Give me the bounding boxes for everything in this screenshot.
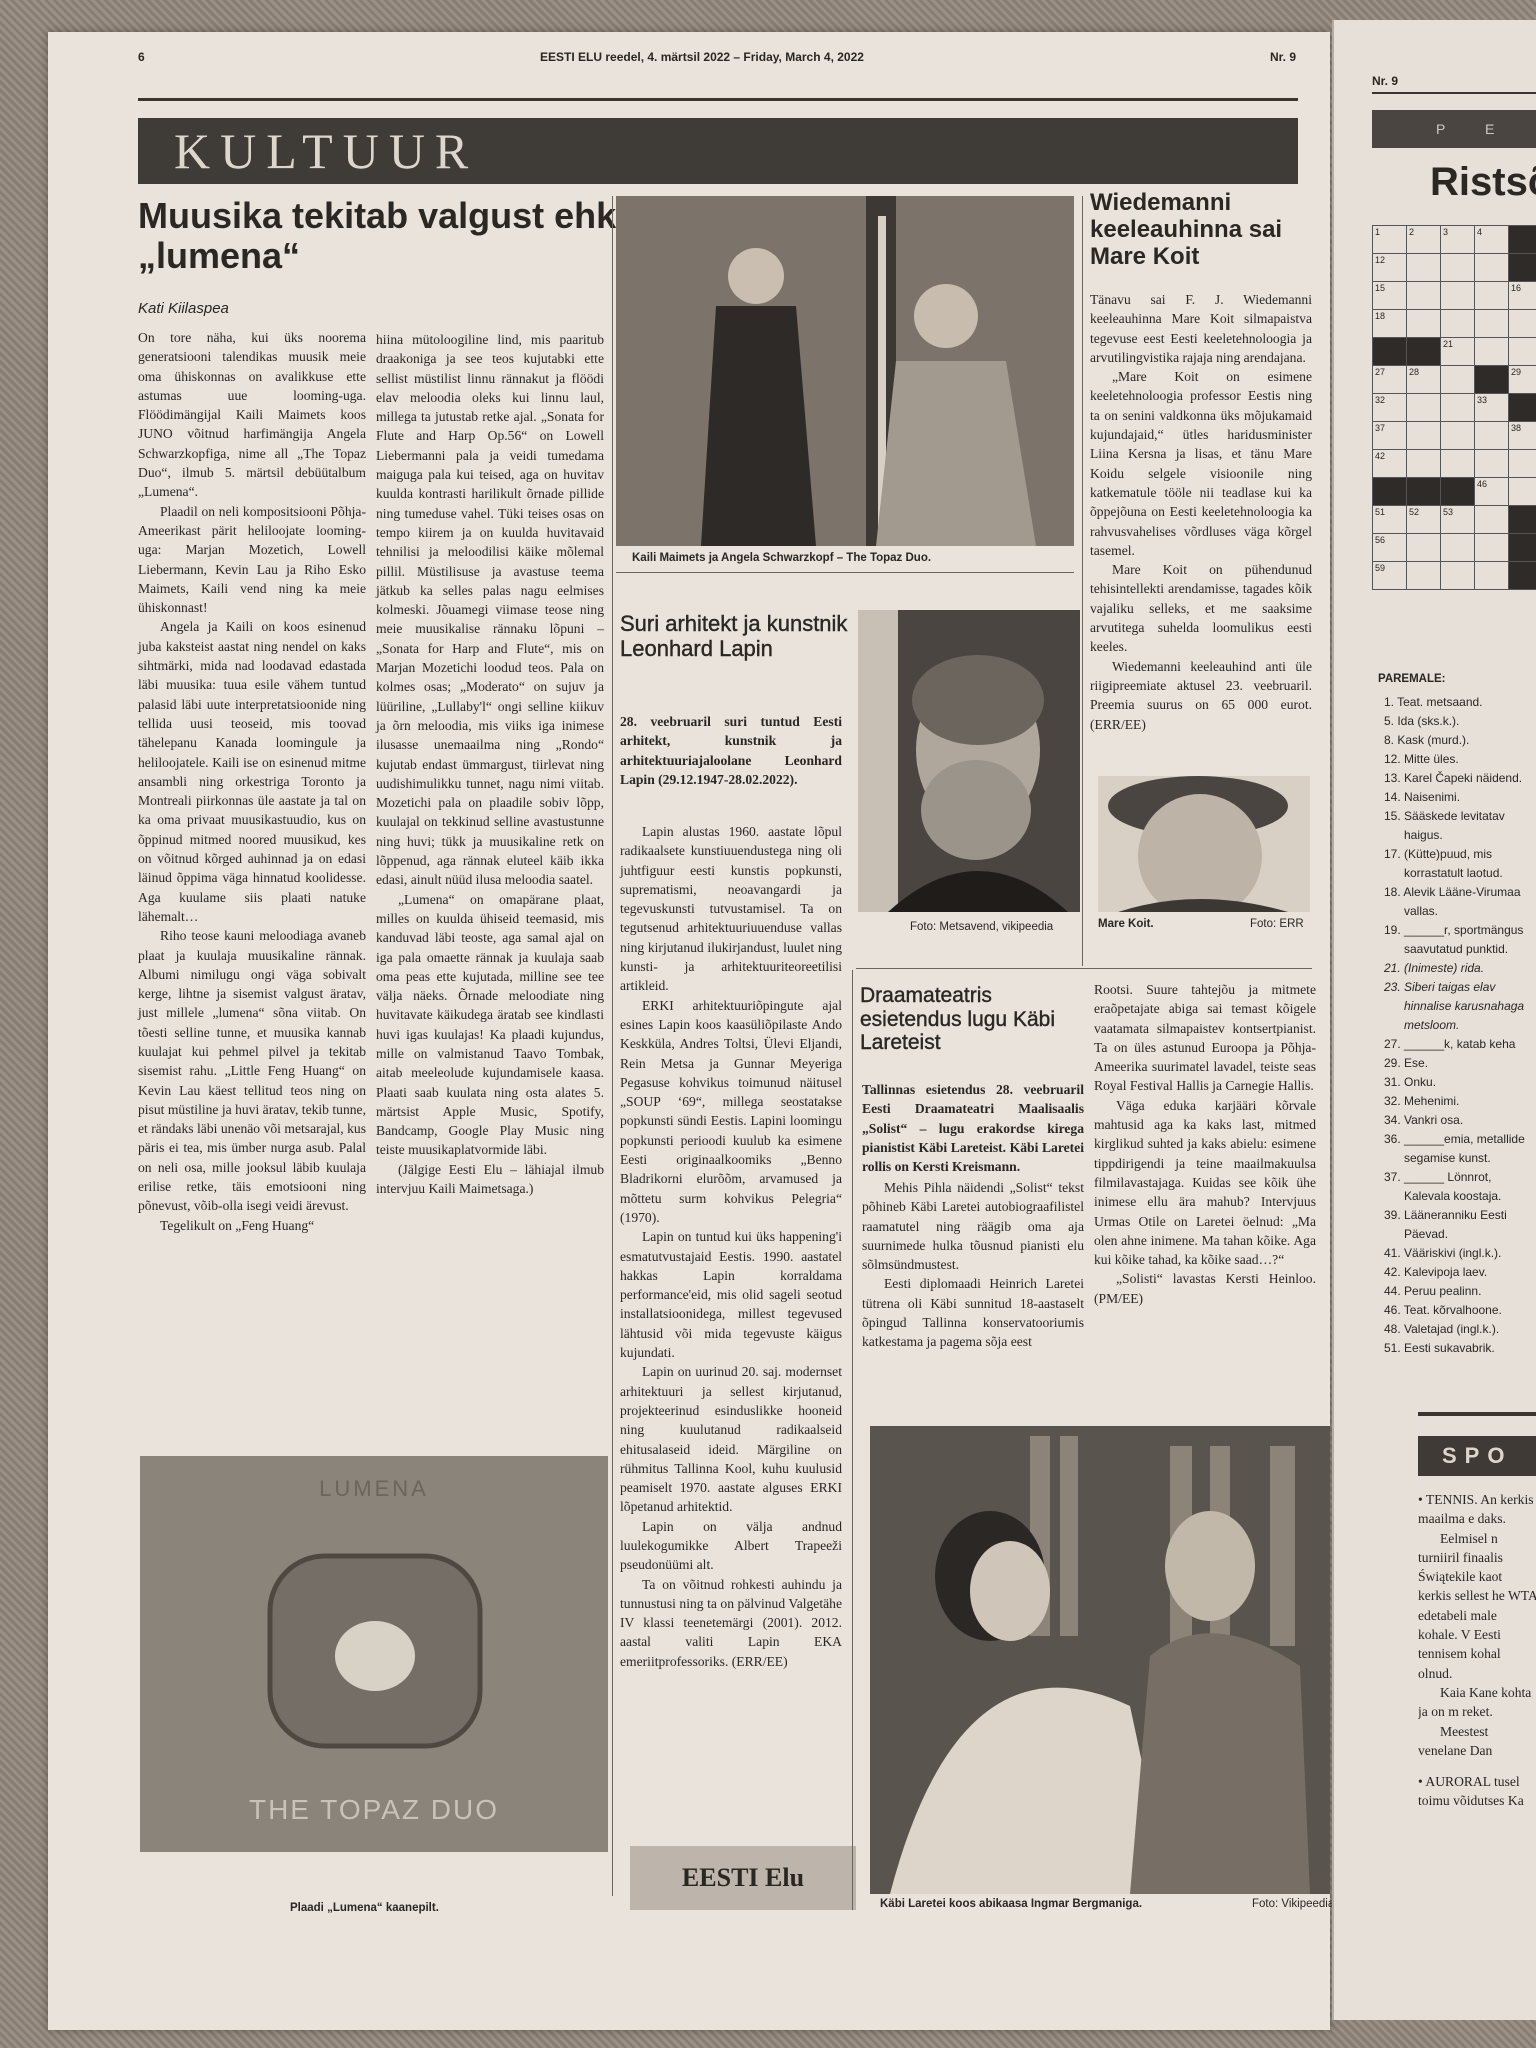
- crossword-cell[interactable]: 4: [1475, 226, 1509, 254]
- lapin-headline: Suri arhitekt ja kunstnik Leonhard Lapin: [620, 612, 850, 661]
- crossword-block: [1509, 506, 1536, 534]
- laretei-paragraph: Mehis Pihla näidendi „Solist“ tekst põhi…: [862, 1178, 1084, 1274]
- album-cover-image: LUMENA THE TOPAZ DUO: [140, 1456, 608, 1852]
- crossword-cell[interactable]: 18: [1373, 310, 1407, 338]
- crossword-cell[interactable]: 29: [1509, 366, 1536, 394]
- crossword-cell[interactable]: [1475, 254, 1509, 282]
- crossword-clue: 46. Teat. kõrvalhoone.: [1378, 1301, 1536, 1320]
- koit-paragraph: Tänavu sai F. J. Wiedemanni keeleauhinna…: [1090, 290, 1312, 367]
- sport-text: • TENNIS. An kerkis maailma e daks. Eelm…: [1418, 1490, 1536, 1811]
- crossword-clue: 41. Vääriskivi (ingl.k.).: [1378, 1244, 1536, 1263]
- crossword-clue: 15. Sääskede levitatav haigus.: [1378, 807, 1536, 845]
- crossword-cell[interactable]: 37: [1373, 422, 1407, 450]
- crossword-cell[interactable]: 16: [1509, 282, 1536, 310]
- crossword-cell[interactable]: 51: [1373, 506, 1407, 534]
- crossword-clue: 23. Siberi taigas elav hinnalise karusna…: [1378, 978, 1536, 1035]
- crossword-block: [1509, 534, 1536, 562]
- music-paragraph: On tore näha, kui üks noorema generatsio…: [138, 328, 366, 502]
- crossword-cell[interactable]: [1441, 254, 1475, 282]
- laretei-photo-credit: Foto: Vikipeedia: [1252, 1898, 1334, 1910]
- crossword-cell[interactable]: 2: [1407, 226, 1441, 254]
- next-page-issue-number: Nr. 9: [1372, 74, 1398, 88]
- crossword-cell[interactable]: 1: [1373, 226, 1407, 254]
- music-paragraph: Riho teose kauni meloodiaga avaneb plaat…: [138, 926, 366, 1215]
- koit-caption: Mare Koit.: [1098, 918, 1154, 930]
- lapin-lead: 28. veebruaril suri tuntud Eesti arhitek…: [620, 712, 842, 789]
- crossword-cell[interactable]: [1509, 338, 1536, 366]
- masthead-line: EESTI ELU reedel, 4. märtsil 2022 – Frid…: [540, 50, 864, 64]
- crossword-block: [1373, 478, 1407, 506]
- music-headline: Muusika tekitab valgust ehk „lumena“: [138, 196, 618, 277]
- crossword-cell[interactable]: 21: [1441, 338, 1475, 366]
- lapin-paragraph: Lapin on uurinud 20. saj. modernset arhi…: [620, 1362, 842, 1516]
- album-cover-art: [140, 1456, 608, 1852]
- crossword-clue: 19. ______r, sportmängus saavutatud punk…: [1378, 921, 1536, 959]
- crossword-cell[interactable]: [1475, 338, 1509, 366]
- music-byline: Kati Kiilaspea: [138, 300, 229, 317]
- laretei-lead: Tallinnas esietendus 28. veebruaril Eest…: [862, 1080, 1084, 1176]
- laretei-column-1: Mehis Pihla näidendi „Solist“ tekst põhi…: [862, 1178, 1084, 1352]
- laretei-paragraph: Eesti diplomaadi Heinrich Laretei tütren…: [862, 1274, 1084, 1351]
- music-column-1: On tore näha, kui üks noorema generatsio…: [138, 328, 366, 1235]
- crossword-cell[interactable]: 38: [1509, 422, 1536, 450]
- crossword-block: [1441, 478, 1475, 506]
- crossword-cell[interactable]: 59: [1373, 562, 1407, 590]
- crossword-clues: PAREMALE: 1. Teat. metsaand.5. Ida (sks.…: [1378, 670, 1536, 1358]
- crossword-cell[interactable]: [1475, 310, 1509, 338]
- crossword-block: [1373, 338, 1407, 366]
- photo-illustration-duo: [616, 196, 1074, 546]
- crossword-cell[interactable]: [1407, 562, 1441, 590]
- crossword-clue: 42. Kalevipoja laev.: [1378, 1263, 1536, 1282]
- sport-paragraph: Kaia Kane kohta ja on m reket.: [1418, 1683, 1536, 1722]
- crossword-block: [1407, 478, 1441, 506]
- crossword-cell[interactable]: [1441, 366, 1475, 394]
- sport-rule: [1418, 1412, 1536, 1416]
- lapin-paragraph: Lapin alustas 1960. aastate lõpul radika…: [620, 822, 842, 996]
- issue-number: Nr. 9: [1270, 50, 1296, 64]
- laretei-bergman-photo: [870, 1426, 1330, 1894]
- crossword-cell[interactable]: 33: [1475, 394, 1509, 422]
- crossword-title: Ristsõ: [1430, 160, 1536, 205]
- music-paragraph: Angela ja Kaili on koos esinenud juba ka…: [138, 617, 366, 926]
- music-paragraph: (Jälgige Eesti Elu – lähiajal ilmub inte…: [376, 1160, 604, 1199]
- crossword-clue: 14. Naisenimi.: [1378, 788, 1536, 807]
- crossword-cell[interactable]: 46: [1475, 478, 1509, 506]
- crossword-cell[interactable]: [1475, 506, 1509, 534]
- crossword-block: [1407, 338, 1441, 366]
- lapin-paragraph: ERKI arhitektuuriõpingute ajal esines La…: [620, 996, 842, 1228]
- lapin-paragraph: Ta on võitnud rohkesti auhindu ja tunnus…: [620, 1575, 842, 1671]
- crossword-clue: 29. Ese.: [1378, 1054, 1536, 1073]
- crossword-clue: 5. Ida (sks.k.).: [1378, 712, 1536, 731]
- crossword-cell[interactable]: [1407, 450, 1441, 478]
- crossword-cell[interactable]: [1407, 422, 1441, 450]
- crossword-clue: 27. ______k, katab keha: [1378, 1035, 1536, 1054]
- crossword-cell[interactable]: [1475, 422, 1509, 450]
- laretei-headline: Draamateatris esietendus lugu Käbi Laret…: [860, 984, 1085, 1055]
- clue-list: 1. Teat. metsaand.5. Ida (sks.k.).8. Kas…: [1378, 693, 1536, 1358]
- crossword-cell[interactable]: 32: [1373, 394, 1407, 422]
- crossword-cell[interactable]: 3: [1441, 226, 1475, 254]
- crossword-clue: 32. Mehenimi.: [1378, 1092, 1536, 1111]
- crossword-clue: 21. (Inimeste) rida.: [1378, 959, 1536, 978]
- column-divider: [1082, 196, 1083, 966]
- koit-paragraph: „Mare Koit on esimene keeletehnoloogia p…: [1090, 367, 1312, 560]
- eesti-elu-logo: EESTI Elu: [630, 1846, 856, 1910]
- crossword-clue: 37. ______ Lönnrot, Kalevala koostaja.: [1378, 1168, 1536, 1206]
- koit-body: Tänavu sai F. J. Wiedemanni keeleauhinna…: [1090, 290, 1312, 734]
- album-cover-title: LUMENA: [140, 1476, 608, 1502]
- column-divider: [852, 970, 853, 1910]
- crossword-cell[interactable]: [1475, 450, 1509, 478]
- crossword-clue: 39. Lääneranniku Eesti Päevad.: [1378, 1206, 1536, 1244]
- laretei-column-2: Rootsi. Suure tahtejõu ja mitmete eraõpe…: [1094, 980, 1316, 1308]
- sport-paragraph: • AURORAL tusel toimu võidutses Ka: [1418, 1772, 1536, 1811]
- music-paragraph: Plaadil on neli kompositsiooni Põhja-Ame…: [138, 502, 366, 618]
- crossword-block: [1509, 562, 1536, 590]
- crossword-cell[interactable]: [1441, 422, 1475, 450]
- crossword-clue: 13. Karel Čapeki näidend.: [1378, 769, 1536, 788]
- crossword-cell[interactable]: 28: [1407, 366, 1441, 394]
- crossword-block: [1509, 394, 1536, 422]
- album-cover-caption: Plaadi „Lumena“ kaanepilt.: [290, 1902, 439, 1914]
- laretei-paragraph: „Solisti“ lavastas Kersti Heinloo. (PM/E…: [1094, 1269, 1316, 1308]
- next-page-rule: [1372, 92, 1536, 94]
- crossword-cell[interactable]: [1407, 310, 1441, 338]
- crossword-cell[interactable]: [1441, 282, 1475, 310]
- laretei-paragraph: Väga eduka karjääri kõrvale mahtusid aga…: [1094, 1096, 1316, 1270]
- laretei-paragraph: Rootsi. Suure tahtejõu ja mitmete eraõpe…: [1094, 980, 1316, 1096]
- crossword-block: [1475, 366, 1509, 394]
- crossword-cell[interactable]: [1441, 534, 1475, 562]
- crossword-cell[interactable]: 52: [1407, 506, 1441, 534]
- crossword-cell[interactable]: [1509, 450, 1536, 478]
- crossword-clue: 31. Onku.: [1378, 1073, 1536, 1092]
- crossword-cell[interactable]: [1475, 562, 1509, 590]
- topaz-duo-photo: [616, 196, 1074, 546]
- crossword-clue: 34. Vankri osa.: [1378, 1111, 1536, 1130]
- crossword-clue: 44. Peruu pealinn.: [1378, 1282, 1536, 1301]
- koit-photo-credit: Foto: ERR: [1250, 918, 1304, 930]
- lapin-body: Lapin alustas 1960. aastate lõpul radika…: [620, 822, 842, 1671]
- sport-section-bar: SPO: [1418, 1436, 1536, 1476]
- photo-illustration-lapin: [858, 610, 1080, 912]
- caption-rule: [616, 572, 1074, 573]
- music-paragraph: Tegelikult on „Feng Huang“: [138, 1216, 366, 1235]
- crossword-cell[interactable]: 53: [1441, 506, 1475, 534]
- section-header-kultuur: KULTUUR: [138, 118, 1298, 184]
- crossword-cell[interactable]: [1407, 254, 1441, 282]
- crossword-cell[interactable]: [1475, 534, 1509, 562]
- photo-illustration-koit: [1098, 776, 1310, 912]
- crossword-cell[interactable]: 27: [1373, 366, 1407, 394]
- crossword-clue: 8. Kask (murd.).: [1378, 731, 1536, 750]
- crossword-cell[interactable]: 42: [1373, 450, 1407, 478]
- laretei-caption: Käbi Laretei koos abikaasa Ingmar Bergma…: [880, 1898, 1142, 1910]
- mare-koit-photo: [1098, 776, 1310, 912]
- page-number: 6: [138, 50, 145, 64]
- lapin-paragraph: Lapin on tuntud kui üks happening'i esma…: [620, 1227, 842, 1362]
- crossword-clue: 17. (Kütte)puud, mis korrastatult laotud…: [1378, 845, 1536, 883]
- crossword-cell[interactable]: [1509, 310, 1536, 338]
- crossword-grid[interactable]: 1234121516182127282932333738424651525356…: [1372, 225, 1536, 590]
- crossword-cell[interactable]: [1441, 394, 1475, 422]
- crossword-cell[interactable]: [1509, 478, 1536, 506]
- album-cover-artist: THE TOPAZ DUO: [140, 1794, 608, 1826]
- column-divider: [612, 196, 613, 1896]
- lapin-photo: [858, 610, 1080, 912]
- crossword-cell[interactable]: [1441, 310, 1475, 338]
- crossword-block: [1509, 254, 1536, 282]
- crossword-clue: 12. Mitte üles.: [1378, 750, 1536, 769]
- lapin-photo-credit: Foto: Metsavend, vikipeedia: [910, 921, 1053, 933]
- music-paragraph: „Lumena“ on omapärane plaat, milles on k…: [376, 890, 604, 1160]
- crossword-cell[interactable]: 56: [1373, 534, 1407, 562]
- crossword-clue: 51. Eesti sukavabrik.: [1378, 1339, 1536, 1358]
- koit-paragraph: Mare Koit on pühendunud tehisintellekti …: [1090, 560, 1312, 656]
- sport-paragraph: Meestest venelane Dan: [1418, 1722, 1536, 1761]
- crossword-cell[interactable]: [1441, 450, 1475, 478]
- crossword-clue: 36. ______emia, metallide segamise kunst…: [1378, 1130, 1536, 1168]
- sport-paragraph: • TENNIS. An kerkis maailma e daks.: [1418, 1490, 1536, 1529]
- crossword-cell[interactable]: [1407, 394, 1441, 422]
- topaz-duo-caption: Kaili Maimets ja Angela Schwarzkopf – Th…: [632, 552, 931, 564]
- lapin-paragraph: Lapin on välja andnud luulekogumikke Alb…: [620, 1517, 842, 1575]
- koit-paragraph: Wiedemanni keeleauhind anti üle riigipre…: [1090, 657, 1312, 734]
- photo-illustration-laretei: [870, 1426, 1330, 1894]
- music-column-2: hiina mütoloogiline lind, mis paaritub d…: [376, 330, 604, 1198]
- crossword-cell[interactable]: [1441, 562, 1475, 590]
- crossword-clue: 1. Teat. metsaand.: [1378, 693, 1536, 712]
- music-paragraph: hiina mütoloogiline lind, mis paaritub d…: [376, 330, 604, 890]
- crossword-clue: 18. Alevik Lääne-Virumaa vallas.: [1378, 883, 1536, 921]
- section-rule: [856, 968, 1312, 969]
- crossword-cell[interactable]: 15: [1373, 282, 1407, 310]
- crossword-cell[interactable]: [1475, 282, 1509, 310]
- crossword-cell[interactable]: [1407, 534, 1441, 562]
- crossword-clue: 48. Valetajad (ingl.k.).: [1378, 1320, 1536, 1339]
- header-rule: [138, 98, 1298, 101]
- next-page-section-bar: P E: [1372, 110, 1536, 148]
- crossword-cell[interactable]: 12: [1373, 254, 1407, 282]
- koit-headline: Wiedemanni keeleauhinna sai Mare Koit: [1090, 190, 1310, 271]
- clues-heading: PAREMALE:: [1378, 670, 1536, 689]
- crossword-cell[interactable]: [1407, 282, 1441, 310]
- crossword-block: [1509, 226, 1536, 254]
- sport-paragraph: Eelmisel n turniiril finaalis Świątekile…: [1418, 1529, 1536, 1683]
